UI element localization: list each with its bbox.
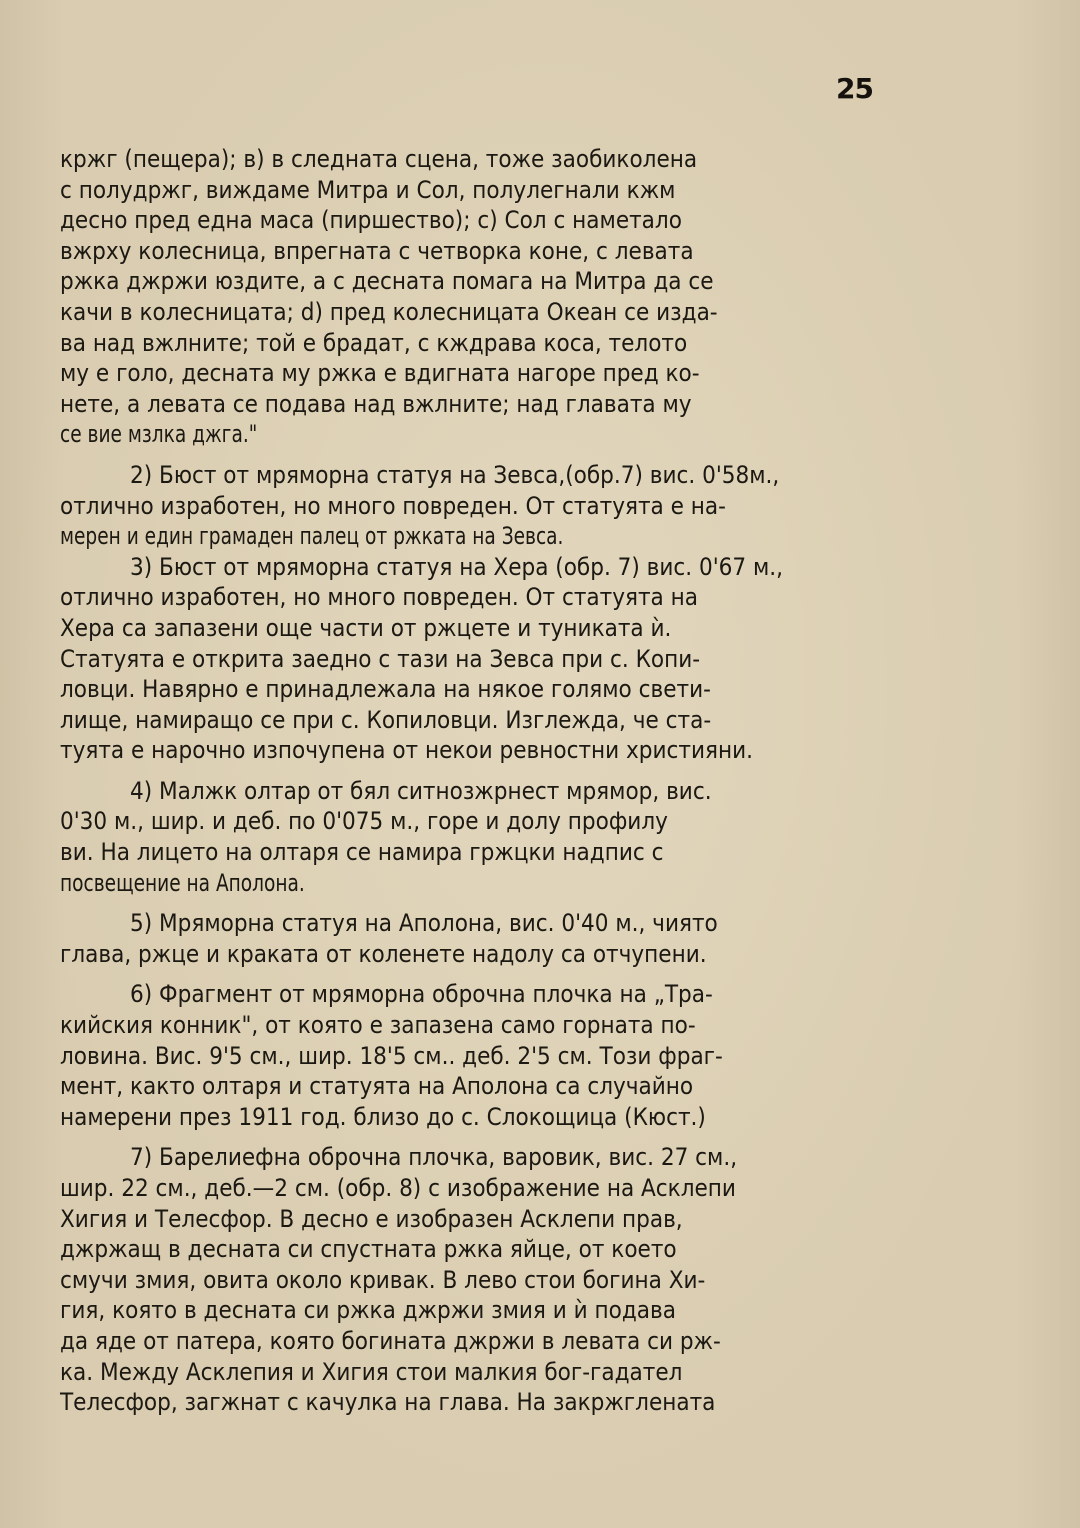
- text-line: Статуята е открита заедно с тази на Зевс…: [60, 644, 870, 675]
- body-text: кржг (пещера); в) в следната сцена, тоже…: [60, 144, 870, 1418]
- paragraph-item-5: 5) Мряморна статуя на Аполона, вис. 0'40…: [60, 908, 870, 969]
- paragraph-item-6: 6) Фрагмент от мряморна оброчна плочка н…: [60, 979, 870, 1132]
- text-line: туята е нарочно изпочупена от некои ревн…: [60, 735, 870, 766]
- text-line: шир. 22 см., деб.—2 см. (обр. 8) с изобр…: [60, 1173, 870, 1204]
- text-line: качи в колесницата; d) пред колесницата …: [60, 297, 870, 328]
- page-number: 25: [836, 72, 873, 105]
- text-line: мерен и един грамаден палец от ржката на…: [60, 521, 870, 552]
- paragraph-continuation: кржг (пещера); в) в следната сцена, тоже…: [60, 144, 870, 450]
- text-line: вжрху колесница, впрегната с четворка ко…: [60, 236, 870, 267]
- text-line: ва над вжлните; той е брадат, с кждрава …: [60, 328, 870, 359]
- text-line: смучи змия, овита около кривак. В лево с…: [60, 1265, 870, 1296]
- text-line: отлично изработен, но много повреден. От…: [60, 582, 870, 613]
- text-line: Телесфор, загжнат с качулка на глава. На…: [60, 1387, 870, 1418]
- text-line: глава, ржце и краката от коленете надолу…: [60, 939, 870, 970]
- text-line: отлично изработен, но много повреден. От…: [60, 491, 870, 522]
- text-line: се вие мзлка джга.": [60, 419, 870, 450]
- text-line: 0'30 м., шир. и деб. по 0'075 м., горе и…: [60, 806, 870, 837]
- text-line: ви. На лицето на олтаря се намира гржцки…: [60, 837, 870, 868]
- text-line: ловци. Навярно е принадлежала на някое г…: [60, 674, 870, 705]
- text-line: ловина. Вис. 9'5 см., шир. 18'5 см.. деб…: [60, 1041, 870, 1072]
- text-line: Хера са запазени още части от ржцете и т…: [60, 613, 870, 644]
- text-line: с полудржг, виждаме Митра и Сол, полулег…: [60, 175, 870, 206]
- paragraph-item-7: 7) Барелиефна оброчна плочка, варовик, в…: [60, 1142, 870, 1417]
- text-line: намерени през 1911 год. близо до с. Слок…: [60, 1102, 870, 1133]
- text-line: му е голо, десната му ржка е вдигната на…: [60, 358, 870, 389]
- text-line: кийския конник", от която е запазена сам…: [60, 1010, 870, 1041]
- text-line: нете, а левата се подава над вжлните; на…: [60, 389, 870, 420]
- text-line: 6) Фрагмент от мряморна оброчна плочка н…: [60, 979, 870, 1010]
- text-line: Хигия и Телесфор. В десно е изобразен Ас…: [60, 1204, 870, 1235]
- text-line: посвещение на Аполона.: [60, 868, 870, 899]
- text-line: 5) Мряморна статуя на Аполона, вис. 0'40…: [60, 908, 870, 939]
- text-line: лище, намиращо се при с. Копиловци. Изгл…: [60, 705, 870, 736]
- text-line: 2) Бюст от мряморна статуя на Зевса,(обр…: [60, 460, 870, 491]
- book-page: 25 кржг (пещера); в) в следната сцена, т…: [0, 0, 1080, 1528]
- paragraph-item-2: 2) Бюст от мряморна статуя на Зевса,(обр…: [60, 460, 870, 552]
- text-line: 3) Бюст от мряморна статуя на Хера (обр.…: [60, 552, 870, 583]
- text-line: кржг (пещера); в) в следната сцена, тоже…: [60, 144, 870, 175]
- text-line: мент, както олтаря и статуята на Аполона…: [60, 1071, 870, 1102]
- text-line: десно пред една маса (пиршество); с) Сол…: [60, 205, 870, 236]
- text-line: да яде от патера, която богината джржи в…: [60, 1326, 870, 1357]
- text-line: джржащ в десната си спустната ржка яйце,…: [60, 1234, 870, 1265]
- text-line: 7) Барелиефна оброчна плочка, варовик, в…: [60, 1142, 870, 1173]
- text-line: гия, която в десната си ржка джржи змия …: [60, 1295, 870, 1326]
- paragraph-item-4: 4) Малжк олтар от бял ситнозжрнест мрямо…: [60, 776, 870, 898]
- text-line: ка. Между Асклепия и Хигия стои малкия б…: [60, 1357, 870, 1388]
- paragraph-item-3: 3) Бюст от мряморна статуя на Хера (обр.…: [60, 552, 870, 766]
- text-line: 4) Малжк олтар от бял ситнозжрнест мрямо…: [60, 776, 870, 807]
- text-line: ржка джржи юздите, а с десната помага на…: [60, 266, 870, 297]
